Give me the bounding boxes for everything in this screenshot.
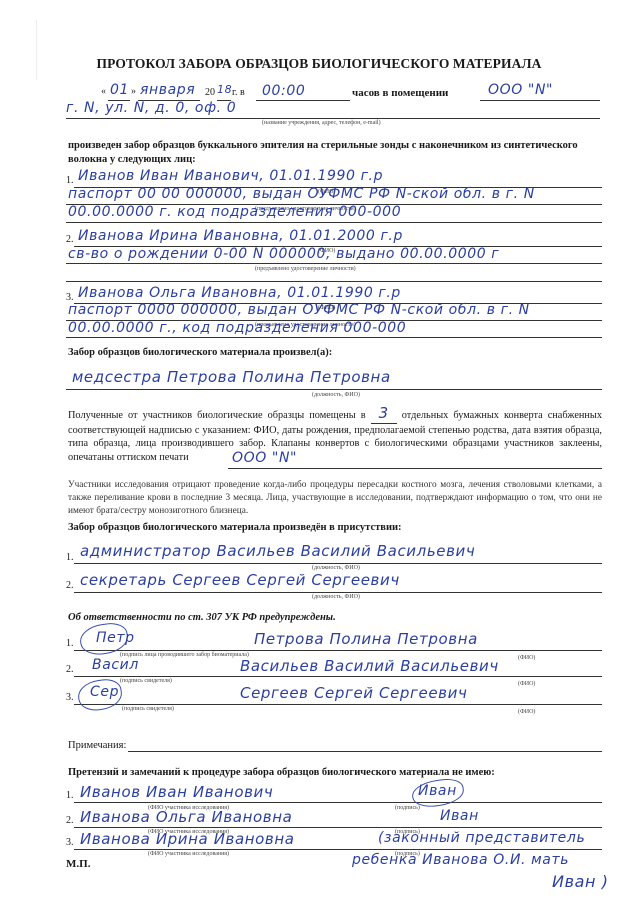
claim-3-extra-line2: Иван ) xyxy=(552,872,609,891)
liability-1-signature[interactable]: Петр xyxy=(96,630,135,646)
participant-3-name[interactable]: Иванова Ольга Ивановна, 01.01.1990 г.р xyxy=(78,285,401,301)
witness-2-field[interactable]: секретарь Сергеев Сергей Сергеевич xyxy=(80,571,400,589)
claim-2-num: 2. xyxy=(66,815,74,826)
witness-2-num: 2. xyxy=(66,580,74,591)
liability-2-name-caption: (ФИО) xyxy=(518,681,535,687)
disclaimer-text: Участники исследования отрицают проведен… xyxy=(68,479,602,518)
liability-3-name[interactable]: Сергеев Сергей Сергеевич xyxy=(240,684,467,702)
witnesses-heading: Забор образцов биологического материала … xyxy=(68,522,402,533)
participant-3-doc-line2[interactable]: 00.00.0000 г., код подразделения 000-000 xyxy=(68,320,406,336)
collector-field[interactable]: медсестра Петрова Полина Петровна xyxy=(72,368,391,386)
liability-2-num: 2. xyxy=(66,664,74,675)
collector-heading: Забор образцов биологического материала … xyxy=(68,347,332,358)
quote-close: » xyxy=(131,86,136,97)
claim-2-signature[interactable]: Иван xyxy=(440,808,479,824)
liability-2-name[interactable]: Васильев Василий Васильевич xyxy=(240,657,499,675)
liability-1-sig-caption: (подпись лица проводившего забор биомате… xyxy=(120,652,249,658)
claim-1-signature[interactable]: Иван xyxy=(418,783,457,799)
claim-1-num: 1. xyxy=(66,790,74,801)
participant-3-doc-line1[interactable]: паспорт 0000 000000, выдан ОУФМС РФ N-ск… xyxy=(68,302,530,318)
liability-3-num: 3. xyxy=(66,692,74,703)
year-label: г. в xyxy=(232,87,245,98)
claim-3-name[interactable]: Иванова Ирина Ивановна xyxy=(80,830,295,848)
seal-field[interactable]: ООО "N" xyxy=(232,450,297,466)
liability-3-name-caption: (ФИО) xyxy=(518,709,535,715)
address-field[interactable]: г. N, ул. N, д. 0, оф. 0 xyxy=(66,100,236,116)
witness-2-caption: (должность, ФИО) xyxy=(312,594,360,600)
samples-count-field[interactable]: 3 xyxy=(371,407,397,424)
participant-2-num: 2. xyxy=(66,234,74,245)
notes-field[interactable] xyxy=(128,738,602,752)
participant-2-name[interactable]: Иванова Ирина Ивановна, 01.01.2000 г.р xyxy=(78,228,403,244)
claim-3-extra-line1: ребенка Иванова О.И. мать xyxy=(352,852,569,868)
liability-1-num: 1. xyxy=(66,638,74,649)
liability-1-name-caption: (ФИО) xyxy=(518,655,535,661)
samples-text-before: Полученные от участников биологические о… xyxy=(68,410,366,421)
participant-1-doc-line1[interactable]: паспорт 00 00 000000, выдан ОУФМС РФ N-с… xyxy=(68,186,535,202)
year-prefix: 20 xyxy=(205,87,215,98)
witness-1-field[interactable]: администратор Васильев Василий Васильеви… xyxy=(80,542,475,560)
samples-paragraph: Полученные от участников биологические о… xyxy=(68,407,602,464)
liability-3-sig-caption: (подпись свидетеля) xyxy=(122,706,174,712)
participant-1-doc-line2[interactable]: 00.00.0000 г. код подразделения 000-000 xyxy=(68,204,401,220)
time-field[interactable]: 00:00 xyxy=(262,83,305,99)
participant-1-num: 1. xyxy=(66,175,74,186)
claims-heading: Претензий и замечаний к процедуре забора… xyxy=(68,767,495,778)
address-caption: (название учреждения, адрес, телефон, e-… xyxy=(262,120,381,126)
premises-field[interactable]: ООО "N" xyxy=(488,82,553,98)
month-field[interactable]: января xyxy=(140,82,195,98)
notes-label: Примечания: xyxy=(68,739,126,753)
claim-1-name[interactable]: Иванов Иван Иванович xyxy=(80,783,273,801)
hours-label: часов в помещении xyxy=(352,87,448,99)
claim-3-num: 3. xyxy=(66,837,74,848)
participant-2-doc-line1[interactable]: св-во о рождении 0-00 N 000000, выдано 0… xyxy=(68,246,499,262)
liability-1-name[interactable]: Петрова Полина Петровна xyxy=(254,630,478,648)
collector-caption: (должность, ФИО) xyxy=(312,392,360,398)
document-title: ПРОТОКОЛ ЗАБОРА ОБРАЗЦОВ БИОЛОГИЧЕСКОГО … xyxy=(0,56,638,72)
liability-2-signature[interactable]: Васил xyxy=(92,657,139,673)
liability-heading: Об ответственности по ст. 307 УК РФ пред… xyxy=(68,612,336,623)
stamp-label: М.П. xyxy=(66,858,90,870)
witness-1-num: 1. xyxy=(66,552,74,563)
claim-3-signature[interactable]: (законный представитель xyxy=(378,830,585,846)
liability-3-signature[interactable]: Сер xyxy=(90,684,119,700)
claim-1-sig-caption: (подпись) xyxy=(395,805,420,811)
participant-1-name[interactable]: Иванов Иван Иванович, 01.01.1990 г.р xyxy=(78,168,383,184)
year-field[interactable]: 18 xyxy=(217,83,232,96)
intro-text: произведен забор образцов буккального эп… xyxy=(68,139,602,167)
participant-2-doc-caption: (предъявлено удостоверение личности) xyxy=(255,266,356,272)
liability-2-sig-caption: (подпись свидетеля) xyxy=(120,678,172,684)
samples-count: 3 xyxy=(379,404,389,422)
claim-3-name-caption: (ФИО участника исследования) xyxy=(148,851,229,857)
claim-2-name[interactable]: Иванова Ольга Ивановна xyxy=(80,808,292,826)
day-field[interactable]: 01 xyxy=(110,82,129,98)
quote-open: « xyxy=(101,86,106,97)
